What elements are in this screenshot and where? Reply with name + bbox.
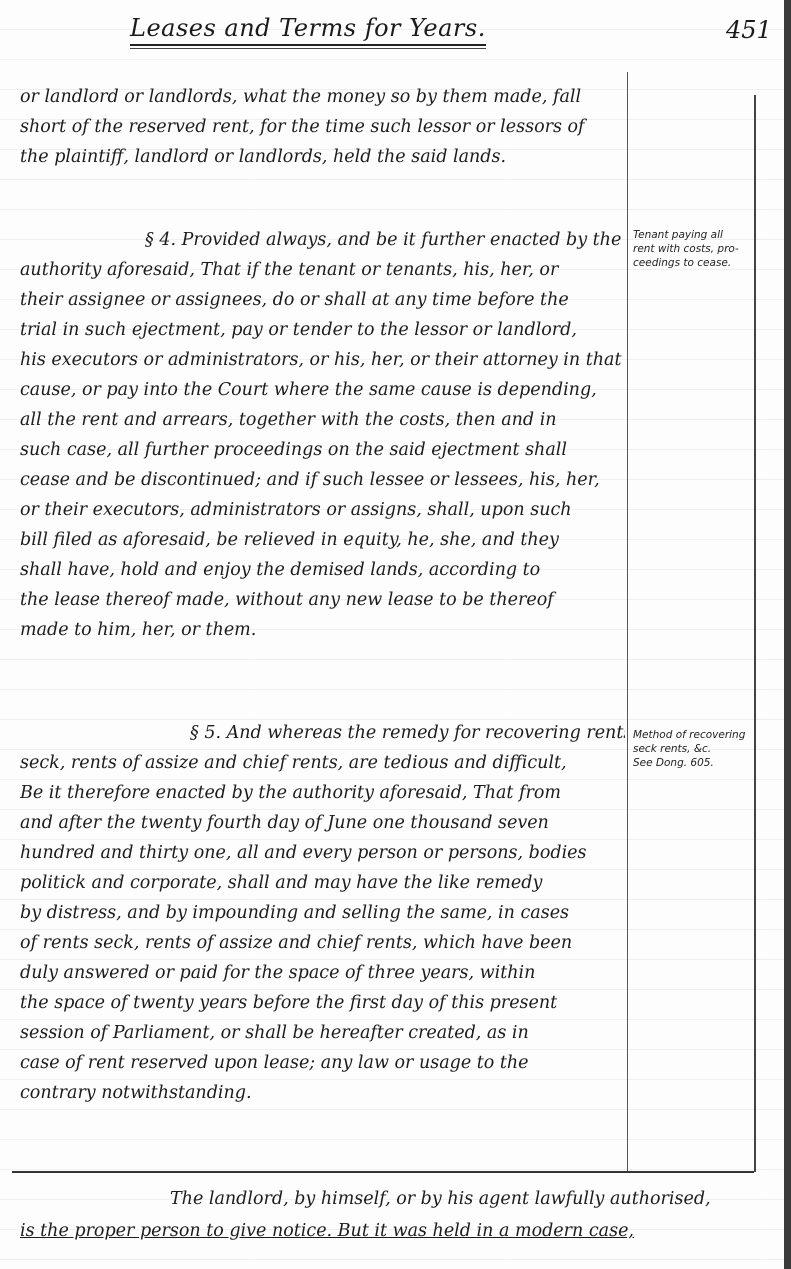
text-line: duly answered or paid for the space of t… [20,958,625,988]
text-line: his executors or administrators, or his,… [20,345,625,375]
text-line: of rents seck, rents of assize and chief… [20,928,625,958]
continuation-paragraph: or landlord or landlords, what the money… [20,82,625,172]
text-line: short of the reserved rent, for the time… [20,112,625,142]
text-line: and after the twenty fourth day of June … [20,808,625,838]
section-4-paragraph: § 4. Provided always, and be it further … [20,225,625,645]
text-line: the plaintiff, landlord or landlords, he… [20,142,625,172]
text-line: shall have, hold and enjoy the demised l… [20,555,625,585]
margin-note-section-4: Tenant paying all rent with costs, pro- … [633,228,755,270]
closing-paragraph: The landlord, by himself, or by his agen… [20,1183,760,1247]
text-line: trial in such ejectment, pay or tender t… [20,315,625,345]
text-line: Be it therefore enacted by the authority… [20,778,625,808]
text-line: authority aforesaid, That if the tenant … [20,255,625,285]
text-line: the lease thereof made, without any new … [20,585,625,615]
section-5-paragraph: § 5. And whereas the remedy for recoveri… [20,718,625,1108]
manuscript-page: Leases and Terms for Years. 451 or landl… [0,0,791,1269]
text-line: session of Parliament, or shall be herea… [20,1018,625,1048]
text-line: hundred and thirty one, all and every pe… [20,838,625,868]
text-line: the space of twenty years before the fir… [20,988,625,1018]
section-divider-rule [12,1171,754,1173]
text-line: all the rent and arrears, together with … [20,405,625,435]
margin-note-line: Method of recovering [633,728,755,742]
margin-note-line: See Dong. 605. [633,756,755,770]
text-line: or landlord or landlords, what the money… [20,82,625,112]
margin-note-line: ceedings to cease. [633,256,755,270]
margin-note-line: Tenant paying all [633,228,755,242]
margin-note-section-5: Method of recovering seck rents, &c. See… [633,728,755,770]
margin-rule-left [627,72,628,1172]
text-line: The landlord, by himself, or by his agen… [20,1183,760,1215]
text-line: made to him, her, or them. [20,615,625,645]
text-line: their assignee or assignees, do or shall… [20,285,625,315]
text-line: seck, rents of assize and chief rents, a… [20,748,625,778]
section-4-heading-line: § 4. Provided always, and be it further … [20,225,625,255]
page-number: 451 [726,16,772,44]
text-line: such case, all further proceedings on th… [20,435,625,465]
text-line: bill filed as aforesaid, be relieved in … [20,525,625,555]
text-line: contrary notwithstanding. [20,1078,625,1108]
text-line: by distress, and by impounding and selli… [20,898,625,928]
margin-note-line: rent with costs, pro- [633,242,755,256]
page-edge-shadow [784,0,791,1269]
section-5-heading-line: § 5. And whereas the remedy for recoveri… [20,718,625,748]
margin-note-line: seck rents, &c. [633,742,755,756]
page-title: Leases and Terms for Years. [130,14,486,46]
text-line: is the proper person to give notice. But… [20,1215,760,1247]
text-line: case of rent reserved upon lease; any la… [20,1048,625,1078]
text-line: cause, or pay into the Court where the s… [20,375,625,405]
text-line: politick and corporate, shall and may ha… [20,868,625,898]
text-line: cease and be discontinued; and if such l… [20,465,625,495]
text-line: or their executors, administrators or as… [20,495,625,525]
